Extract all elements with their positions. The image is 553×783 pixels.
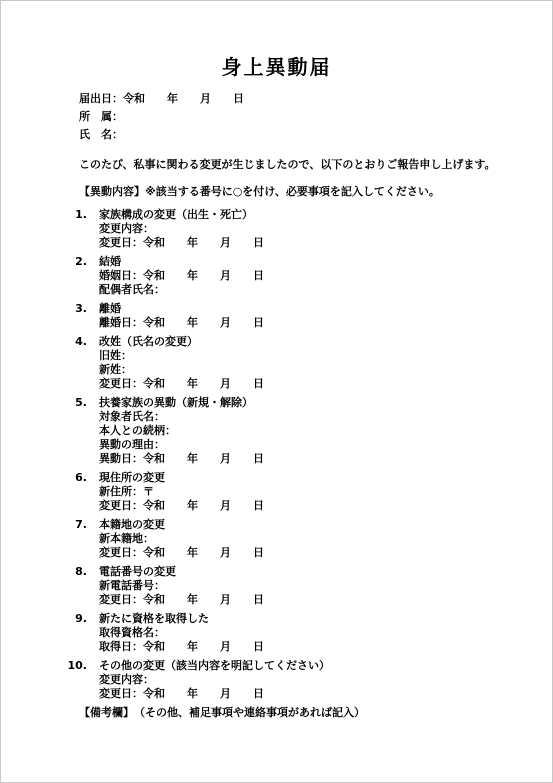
form-item-marriage: 2. 結婚 婚姻日：令和 年 月 日 配偶者氏名：: [61, 255, 552, 297]
item-number: 7.: [61, 518, 87, 560]
item-title: 本籍地の変更: [99, 518, 552, 532]
form-item-divorce: 3. 離婚 離婚日：令和 年 月 日: [61, 302, 552, 330]
item-number: 8.: [61, 565, 87, 607]
item-line: 変更日：令和 年 月 日: [99, 593, 552, 607]
header-fields: 届出日：令和 年 月 日 所 属： 氏 名：: [79, 90, 552, 144]
item-number: 2.: [61, 255, 87, 297]
change-item-list: 1. 家族構成の変更（出生・死亡） 変更内容： 変更日：令和 年 月 日 2. …: [1, 208, 552, 701]
item-title: 家族構成の変更（出生・死亡）: [99, 208, 552, 222]
department-field: 所 属：: [79, 108, 552, 126]
item-line: 変更日：令和 年 月 日: [99, 687, 552, 701]
item-line: 変更内容：: [99, 222, 552, 236]
item-line: 変更日：令和 年 月 日: [99, 546, 552, 560]
item-line: 離婚日：令和 年 月 日: [99, 316, 552, 330]
item-title: 結婚: [99, 255, 552, 269]
form-item-name-change: 4. 改姓（氏名の変更） 旧姓： 新姓： 変更日：令和 年 月 日: [61, 335, 552, 391]
item-line: 対象者氏名：: [99, 410, 552, 424]
item-line: 取得資格名：: [99, 626, 552, 640]
item-title: 離婚: [99, 302, 552, 316]
form-item-other-change: 10. その他の変更（該当内容を明記してください） 変更内容： 変更日：令和 年…: [61, 659, 552, 701]
item-number: 4.: [61, 335, 87, 391]
document-page: 身上異動届 届出日：令和 年 月 日 所 属： 氏 名： このたび、私事に関わる…: [0, 0, 553, 783]
item-line: 旧姓：: [99, 349, 552, 363]
item-number: 10.: [61, 659, 87, 701]
form-item-phone-change: 8. 電話番号の変更 新電話番号： 変更日：令和 年 月 日: [61, 565, 552, 607]
item-line: 変更日：令和 年 月 日: [99, 499, 552, 513]
form-item-address-change: 6. 現住所の変更 新住所：〒 変更日：令和 年 月 日: [61, 471, 552, 513]
report-date-field: 届出日：令和 年 月 日: [79, 90, 552, 108]
remarks-heading: 【備考欄】 （その他、補足事項や連絡事項があれば記入）: [79, 706, 552, 720]
item-title: 新たに資格を取得した: [99, 612, 552, 626]
form-item-family-change: 1. 家族構成の変更（出生・死亡） 変更内容： 変更日：令和 年 月 日: [61, 208, 552, 250]
item-number: 1.: [61, 208, 87, 250]
item-number: 9.: [61, 612, 87, 654]
item-line: 変更内容：: [99, 673, 552, 687]
item-line: 新姓：: [99, 363, 552, 377]
item-line: 本人との続柄：: [99, 424, 552, 438]
item-line: 異動日：令和 年 月 日: [99, 452, 552, 466]
intro-text: このたび、私事に関わる変更が生じましたので、以下のとおりご報告申し上げます。: [79, 158, 552, 172]
item-line: 異動の理由：: [99, 438, 552, 452]
item-title: 扶養家族の異動（新規・解除）: [99, 396, 552, 410]
item-title: 現住所の変更: [99, 471, 552, 485]
form-item-registered-domicile-change: 7. 本籍地の変更 新本籍地： 変更日：令和 年 月 日: [61, 518, 552, 560]
item-title: 改姓（氏名の変更）: [99, 335, 552, 349]
item-line: 新電話番号：: [99, 579, 552, 593]
item-number: 3.: [61, 302, 87, 330]
section-heading: 【異動内容】※該当する番号に○を付け、必要事項を記入してください。: [79, 185, 552, 199]
item-title: その他の変更（該当内容を明記してください）: [99, 659, 552, 673]
item-line: 取得日：令和 年 月 日: [99, 640, 552, 654]
item-title: 電話番号の変更: [99, 565, 552, 579]
form-item-dependent-change: 5. 扶養家族の異動（新規・解除） 対象者氏名： 本人との続柄： 異動の理由： …: [61, 396, 552, 466]
name-field: 氏 名：: [79, 126, 552, 144]
item-line: 婚姻日：令和 年 月 日: [99, 269, 552, 283]
item-line: 新本籍地：: [99, 532, 552, 546]
form-item-qualification-acquired: 9. 新たに資格を取得した 取得資格名： 取得日：令和 年 月 日: [61, 612, 552, 654]
item-number: 5.: [61, 396, 87, 466]
page-title: 身上異動届: [1, 1, 552, 79]
item-line: 変更日：令和 年 月 日: [99, 377, 552, 391]
item-line: 配偶者氏名：: [99, 283, 552, 297]
item-number: 6.: [61, 471, 87, 513]
item-line: 変更日：令和 年 月 日: [99, 236, 552, 250]
item-line: 新住所：〒: [99, 485, 552, 499]
